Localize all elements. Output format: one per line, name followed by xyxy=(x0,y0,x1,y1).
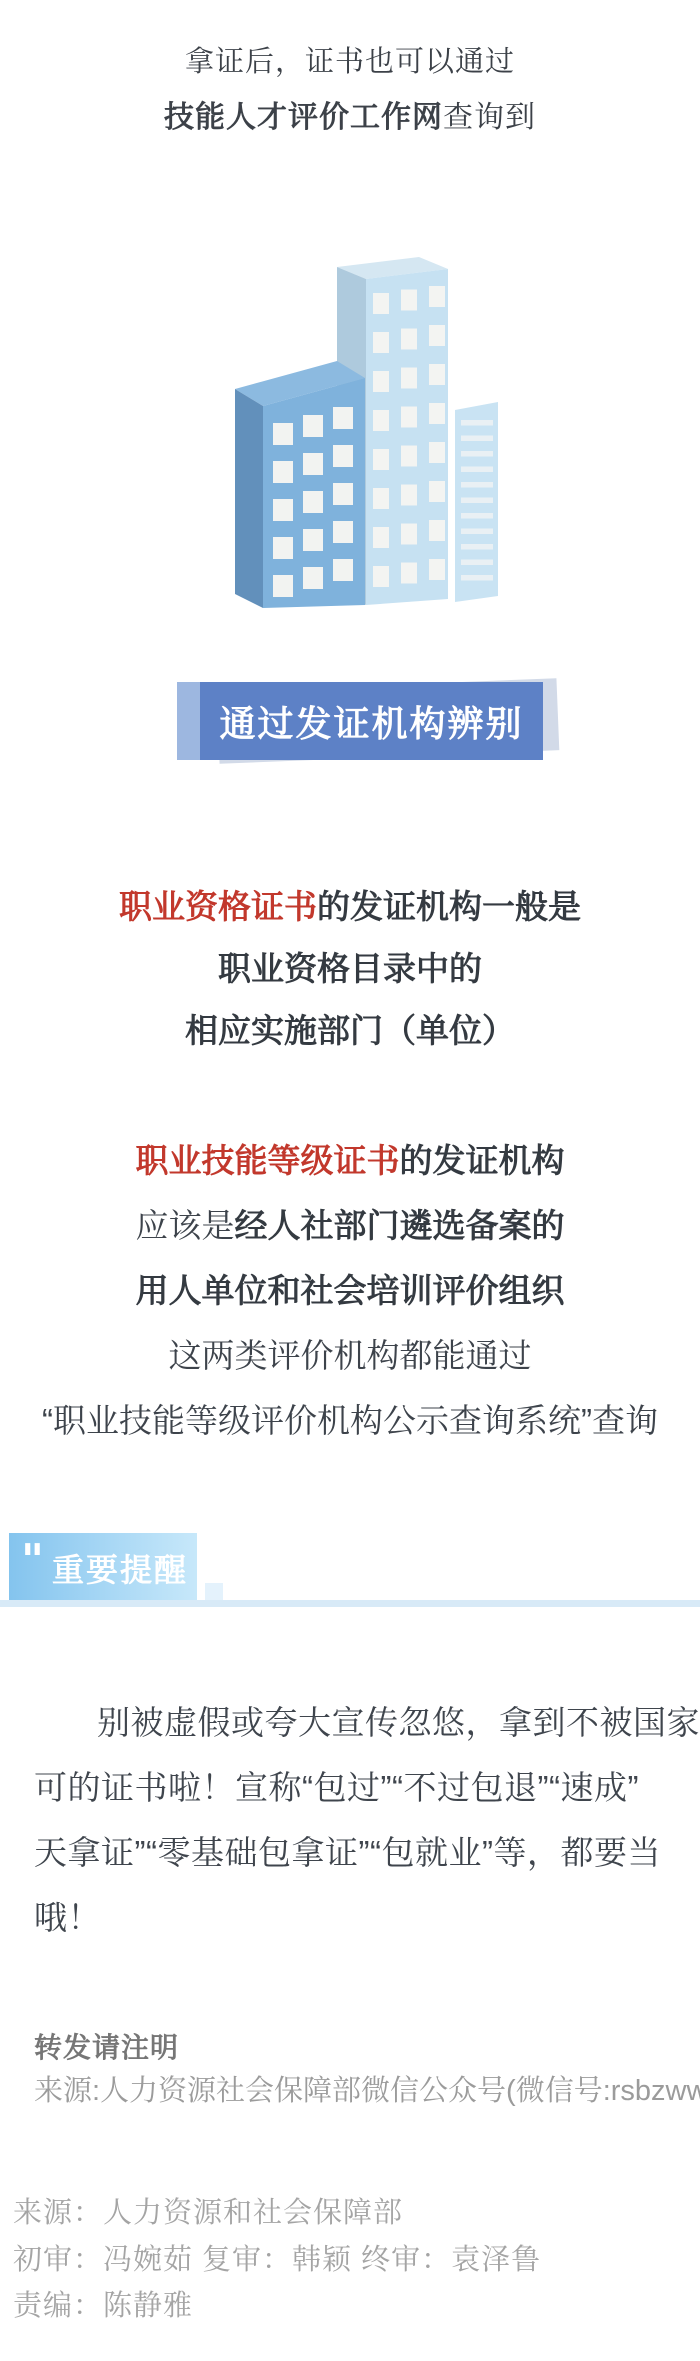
notice-underline xyxy=(0,1600,700,1607)
section-banner: 通过发证机构辨别 xyxy=(177,682,543,760)
cert-block-2-line-4: 这两类评价机构都能通过 xyxy=(0,1323,700,1388)
notice-label: 重要提醒 xyxy=(52,1545,188,1591)
credits-source-line: 来源：人力资源和社会保障部 xyxy=(13,2190,700,2237)
notice-deco-square xyxy=(205,1583,223,1600)
cert-2-line-2-bold: 经人社部门遴选备案的 xyxy=(235,1207,565,1244)
cert-1-highlight: 职业资格证书 xyxy=(119,888,317,925)
banner-body: 通过发证机构辨别 xyxy=(200,682,543,760)
warning-paragraph: 别被虚假或夸大宣传忽悠，拿到不被国家 可的证书啦！宣称“包过”“不过包退”“速成… xyxy=(34,1690,700,1950)
warning-line: 可的证书啦！宣称“包过”“不过包退”“速成” xyxy=(34,1755,700,1820)
cert-2-line-2-pre: 应该是 xyxy=(136,1207,235,1244)
cert-block-2-line-5: “职业技能等级评价机构公示查询系统”查询 xyxy=(0,1388,700,1453)
building-left-side xyxy=(235,389,263,608)
cert-block-2-line-1: 职业技能等级证书的发证机构 xyxy=(0,1128,700,1193)
buildings-illustration xyxy=(225,248,505,610)
repost-source-line: 来源:人力资源社会保障部微信公众号(微信号:rsbzwwx xyxy=(34,2068,700,2114)
warning-line: 别被虚假或夸大宣传忽悠，拿到不被国家 xyxy=(34,1690,700,1755)
cert-block-2-line-2: 应该是经人社部门遴选备案的 xyxy=(0,1193,700,1258)
cert-block-1: 职业资格证书的发证机构一般是 职业资格目录中的 相应实施部门（单位） xyxy=(0,876,700,1062)
intro-line-2-bold: 技能人才评价工作网 xyxy=(164,101,443,134)
credits: 来源：人力资源和社会保障部 初审：冯婉茹 复审：韩颖 终审：袁泽鲁 责编：陈静雅 xyxy=(13,2190,700,2330)
banner-left-tab xyxy=(177,682,200,760)
warning-line: 天拿证”“零基础包拿证”“包就业”等，都要当 xyxy=(34,1820,700,1885)
cert-block-2: 职业技能等级证书的发证机构 应该是经人社部门遴选备案的 用人单位和社会培训评价组… xyxy=(0,1128,700,1453)
repost-note-title: 转发请注明 xyxy=(34,2028,700,2068)
cert-block-1-line-2: 职业资格目录中的 xyxy=(0,938,700,1000)
intro-line-2-rest: 查询到 xyxy=(443,101,536,134)
warning-line: 哦！ xyxy=(34,1885,700,1950)
cert-block-2-line-3: 用人单位和社会培训评价组织 xyxy=(0,1258,700,1323)
intro-text: 拿证后，证书也可以通过 技能人才评价工作网查询到 xyxy=(0,34,700,146)
cert-2-highlight: 职业技能等级证书 xyxy=(136,1142,400,1179)
cert-1-line-1-rest: 的发证机构一般是 xyxy=(317,888,581,925)
quote-icon: " xyxy=(21,1539,44,1583)
cert-block-1-line-1: 职业资格证书的发证机构一般是 xyxy=(0,876,700,938)
intro-line-1: 拿证后，证书也可以通过 xyxy=(0,34,700,90)
article-page: 拿证后，证书也可以通过 技能人才评价工作网查询到 通过发证机构辨别 职业资格证书… xyxy=(0,0,700,2361)
intro-line-2: 技能人才评价工作网查询到 xyxy=(0,90,700,146)
section-banner-title: 通过发证机构辨别 xyxy=(219,696,523,747)
credits-editor-line: 责编：陈静雅 xyxy=(13,2283,700,2330)
repost-note: 转发请注明 来源:人力资源社会保障部微信公众号(微信号:rsbzwwx xyxy=(34,2028,700,2114)
credits-review-line: 初审：冯婉茹 复审：韩颖 终审：袁泽鲁 xyxy=(13,2237,700,2284)
cert-block-1-line-3: 相应实施部门（单位） xyxy=(0,1000,700,1062)
building-tall-front xyxy=(366,269,448,605)
notice-banner: " 重要提醒 xyxy=(9,1533,197,1602)
cert-2-line-1-rest: 的发证机构 xyxy=(400,1142,565,1179)
